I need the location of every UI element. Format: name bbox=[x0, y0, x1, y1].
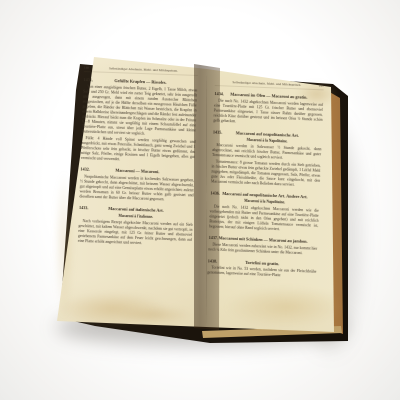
recipe-1432: 1432. Maccaroni — Macaroni. Neapolitanis… bbox=[79, 167, 194, 203]
recipe-number: 1436. bbox=[210, 190, 220, 196]
recipe-number: 1435. bbox=[213, 129, 223, 135]
recipe-paragraph: Nach vorherigem Rezept abgekochte Maccar… bbox=[78, 218, 193, 247]
recipe-number: 1431. bbox=[83, 77, 93, 83]
age-stain bbox=[54, 170, 74, 320]
recipe-paragraph: Fülle: 4 Hände voll Spinat werden sorgfä… bbox=[81, 136, 196, 165]
recipe-number: 1437. bbox=[209, 235, 219, 241]
book-photo: 160 Selbständiger Abschnitt. Mehl- und M… bbox=[0, 0, 400, 400]
recipe-title: Tortelini au gratin. bbox=[245, 260, 279, 266]
recipe-paragraph: Tomatensauce: 8 grosse Tomaten werden du… bbox=[211, 159, 321, 188]
recipe-1433: 1433. Maccaroni auf italienische Art. Ma… bbox=[78, 205, 193, 248]
page-number: 161 bbox=[319, 84, 324, 88]
recipe-paragraph: Von einer ausgiebigen frischen Butter, 2… bbox=[82, 84, 198, 138]
recipe-1438: 1438. Tortelini au gratin. Tortelini wie… bbox=[207, 258, 317, 280]
recipe-1437: 1437. Maccaroni mit Schinken — Macaroni … bbox=[208, 235, 318, 257]
page-number: 160 bbox=[84, 66, 89, 70]
age-stain bbox=[118, 306, 192, 324]
recipe-paragraph: Die nach No. 1432 abgekochten Maccaroni … bbox=[209, 204, 319, 233]
recipe-1431: 1431. Gefüllte Krapfen — Rissoles. Von e… bbox=[81, 77, 198, 165]
recipe-paragraph: Die nach No. 1432 abgekochten Maccaroni … bbox=[213, 98, 323, 127]
age-stain bbox=[225, 286, 347, 328]
recipe-number: 1433. bbox=[79, 205, 89, 211]
right-page-text: Selbständiger Abschnitt. Mehl- und Milch… bbox=[207, 80, 324, 286]
recipe-paragraph: Diese Maccaroni werden zubereitet wie in… bbox=[208, 242, 317, 256]
recipe-1435: 1435. Maccaroni auf neapolitanische Art.… bbox=[211, 129, 322, 188]
recipe-title: Maccaroni — Macaroni. bbox=[115, 168, 159, 174]
recipe-number: 1434. bbox=[214, 91, 224, 97]
recipe-title: Gefüllte Krapfen — Rissoles. bbox=[114, 78, 166, 84]
recipe-title: Maccaroni auf italienische Art. bbox=[108, 206, 164, 213]
recipe-paragraph: Tortelini wie in No. 53 werden, nachdem … bbox=[207, 265, 316, 279]
recipe-paragraph: Neapolitanische Maccaroni werden in koch… bbox=[79, 174, 194, 203]
recipe-title: Maccaroni auf neapolitanische Art. bbox=[236, 130, 299, 137]
recipe-1436: 1436. Maccaroni auf neapolitanische Art.… bbox=[209, 190, 319, 233]
recipe-1434: 1434. Maccaroni im Ofen — Macaroni au gr… bbox=[213, 91, 323, 128]
left-page-text: 160 Selbständiger Abschnitt. Mehl- und M… bbox=[78, 66, 198, 253]
running-head-right: Selbständiger Abschnitt. Mehl- und Milch… bbox=[215, 80, 324, 90]
recipe-number: 1438. bbox=[208, 258, 218, 264]
recipe-number: 1432. bbox=[80, 167, 90, 173]
